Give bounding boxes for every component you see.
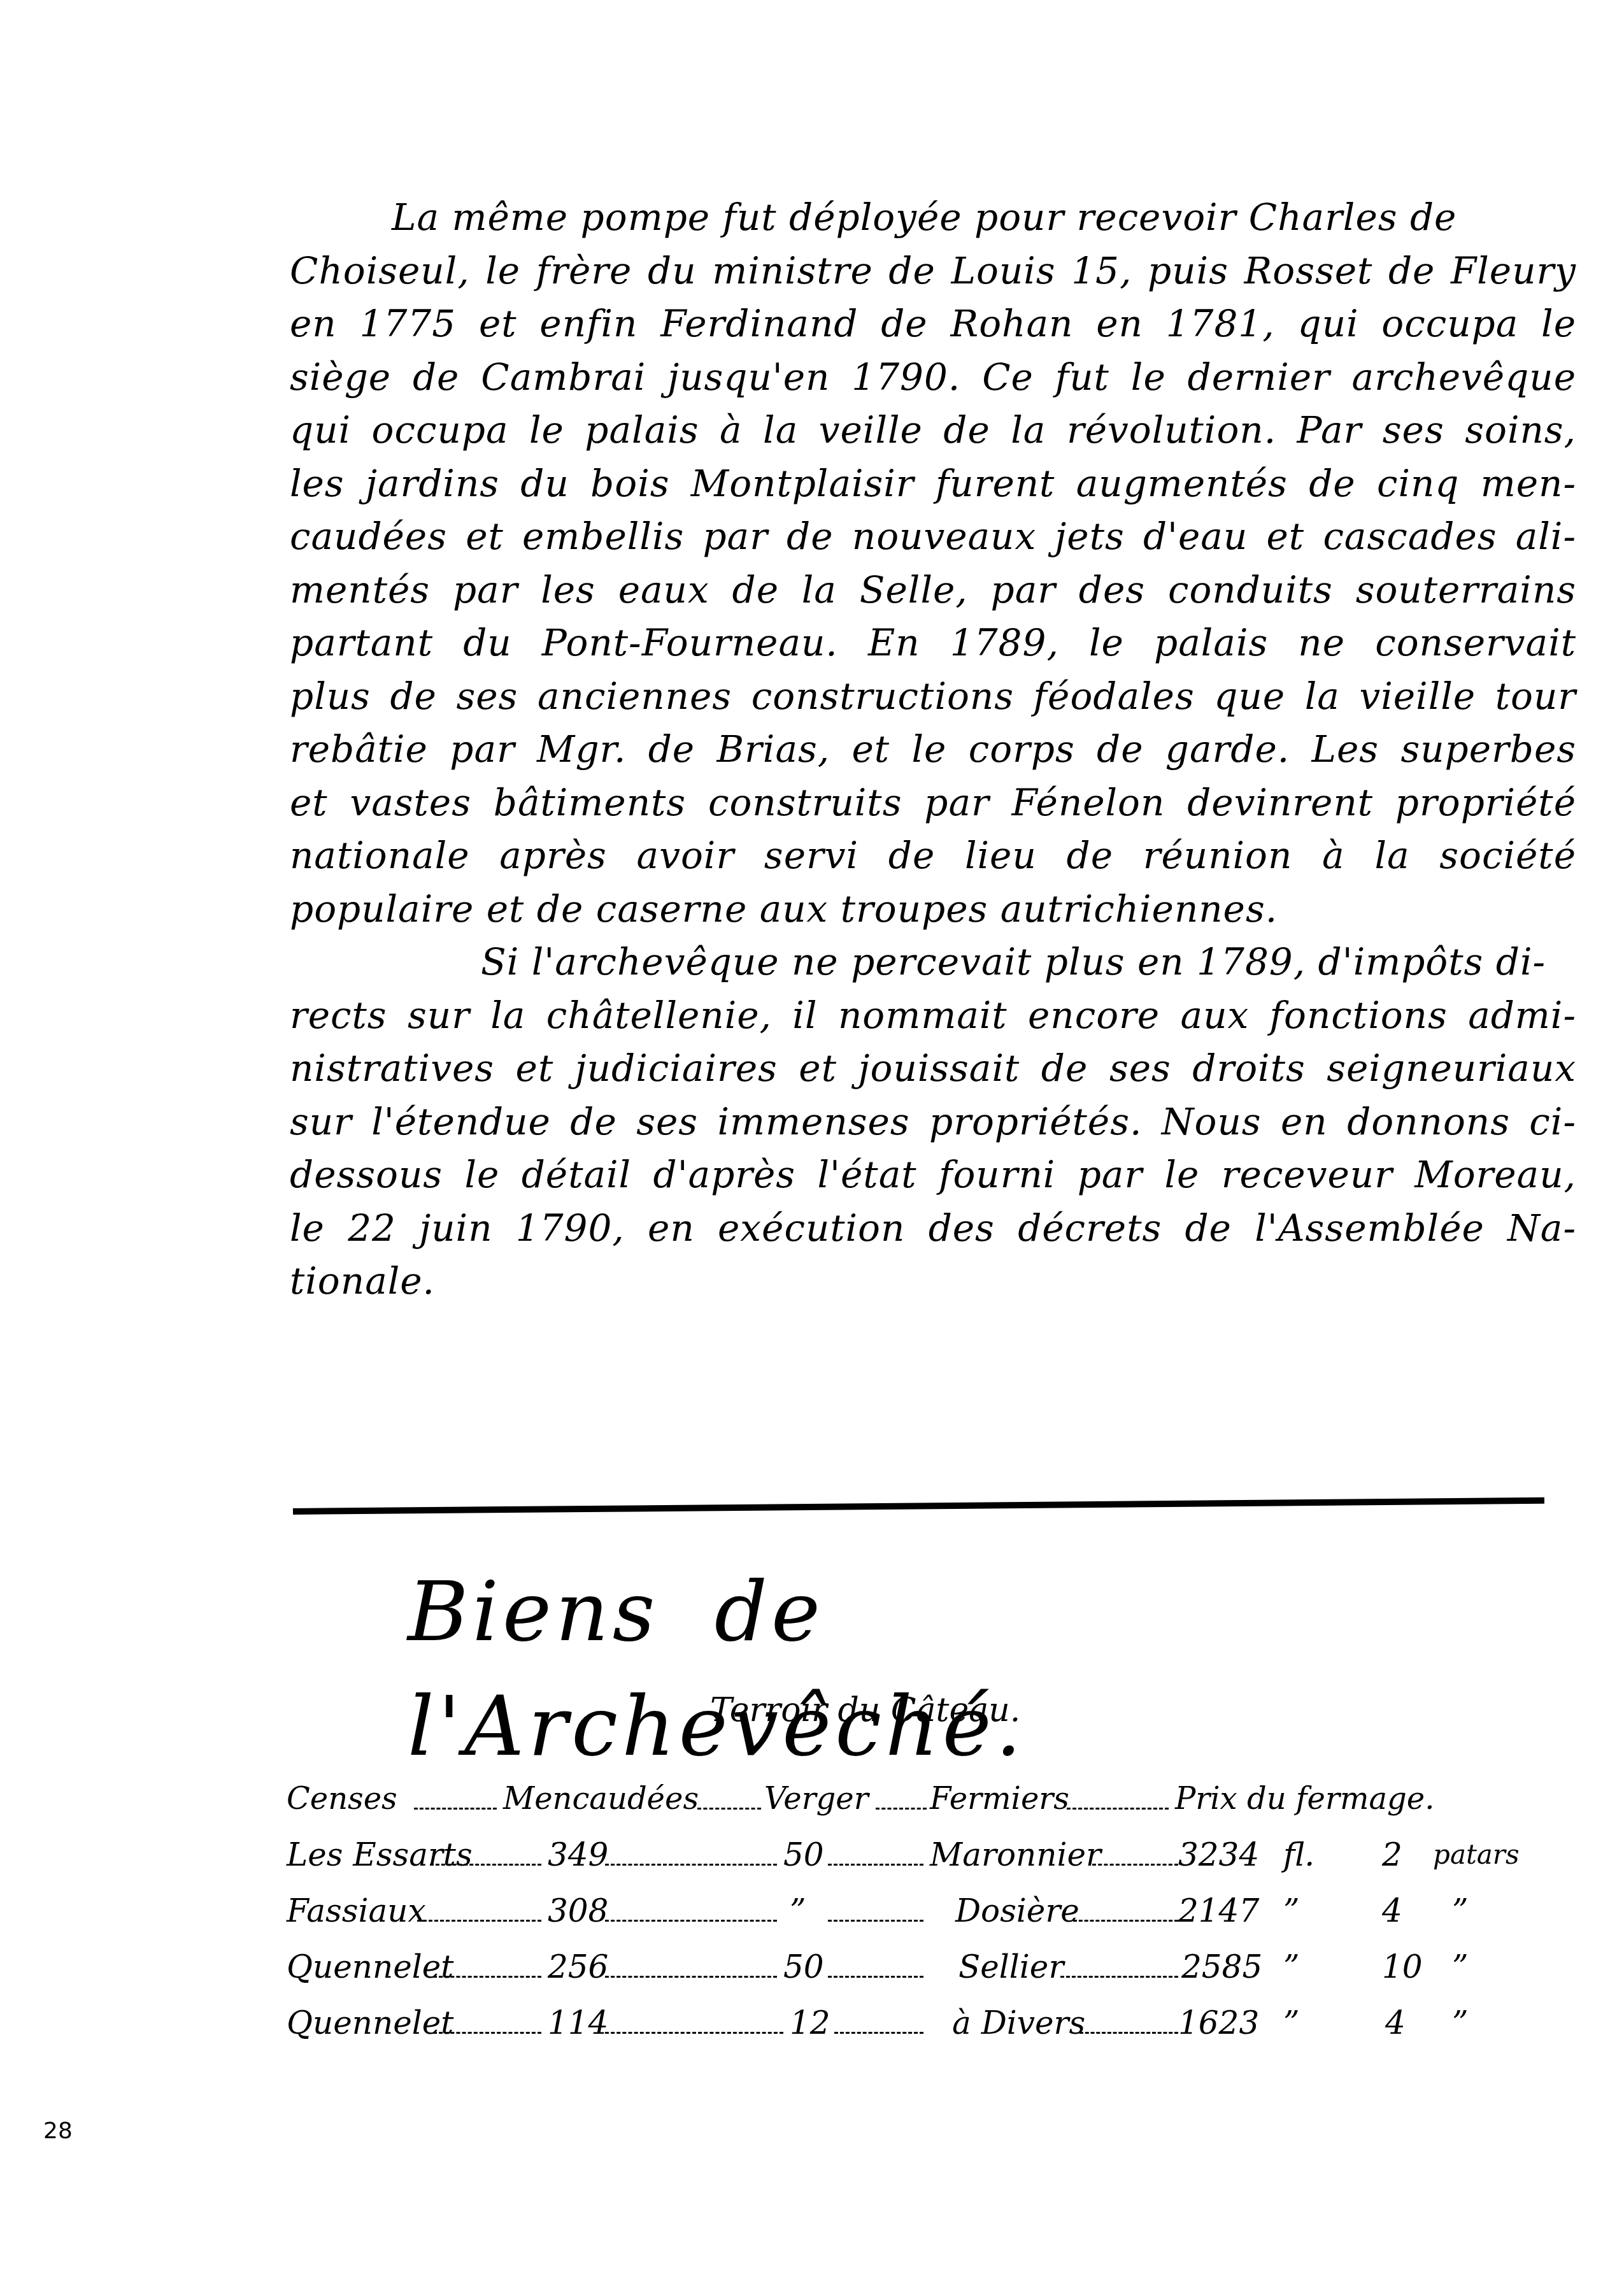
cell-fermier: à Divers: [952, 1995, 1085, 2051]
dotted-leader: [1060, 1939, 1178, 1978]
text-line: caudées et embellis par de nouveaux jets…: [290, 510, 1576, 564]
dotted-leader: [1067, 1771, 1169, 1810]
header-prix: Prix du fermage.: [1175, 1771, 1434, 1827]
table-row: Quennelet 256 50 Sellier 2585 ” 10 ”: [287, 1939, 1592, 1995]
text-line: qui occupa le palais à la veille de la r…: [290, 404, 1576, 457]
text-line: nistratives et judiciaires et jouissait …: [290, 1042, 1576, 1096]
text-line: et vastes bâtiments construits par Fénel…: [290, 776, 1576, 830]
text-line: dessous le détail d'après l'état fourni …: [290, 1148, 1576, 1202]
cell-patars: 4: [1382, 1883, 1402, 1939]
document-page: La même pompe fut déployée pour recevoir…: [0, 0, 1624, 2293]
text-line: le 22 juin 1790, en exécution des décret…: [290, 1202, 1576, 1255]
dotted-leader: [876, 1771, 927, 1810]
cell-unit: ”: [1283, 1939, 1300, 1995]
cell-prix: 2585: [1181, 1939, 1262, 1995]
text-line: populaire et de caserne aux troupes autr…: [290, 883, 1576, 936]
cell-patars: 4: [1385, 1995, 1406, 2051]
cell-prix: 1623: [1178, 1995, 1259, 2051]
cell-unit: ”: [1283, 1995, 1300, 2051]
text-line: plus de ses anciennes constructions féod…: [290, 670, 1576, 724]
dotted-leader: [834, 1995, 923, 2034]
table-row: Fassiaux 308 ” Dosière 2147 ” 4 ”: [287, 1883, 1592, 1939]
text-line: mentés par les eaux de la Selle, par des…: [290, 564, 1576, 617]
cell-fermier: Dosière: [955, 1883, 1079, 1939]
section-subtitle: Terroir du Câteau.: [710, 1691, 1020, 1729]
text-line: Si l'archevêque ne percevait plus en 178…: [290, 936, 1576, 989]
text-line: Choiseul, le frère du ministre de Louis …: [290, 245, 1576, 298]
cell-patars-label: ”: [1452, 1995, 1469, 2051]
section-title: Biens de l'Archevêché.: [408, 1554, 1363, 1783]
dotted-leader: [1079, 1995, 1178, 2034]
text-line: nationale après avoir servi de lieu de r…: [290, 829, 1576, 883]
text-line: les jardins du bois Montplaisir furent a…: [290, 457, 1576, 511]
cell-verger: 50: [783, 1939, 824, 1995]
cell-patars: 2: [1382, 1827, 1402, 1883]
cell-patars: 10: [1382, 1939, 1423, 1995]
dotted-leader: [1073, 1883, 1178, 1922]
cell-patars-label: patars: [1433, 1827, 1519, 1883]
text-line: rebâtie par Mgr. de Brias, et le corps d…: [290, 723, 1576, 776]
cell-verger: 12: [790, 1995, 830, 2051]
text-line: en 1775 et enfin Ferdinand de Rohan en 1…: [290, 297, 1576, 351]
horizontal-rule: [293, 1497, 1544, 1515]
table-row: Quennelet 114 12 à Divers 1623 ” 4 ”: [287, 1995, 1592, 2051]
dotted-leader: [433, 1995, 541, 2034]
cell-cense: Fassiaux: [287, 1883, 426, 1939]
cell-mencaudees: 308: [548, 1883, 608, 1939]
cell-prix: 3234: [1178, 1827, 1259, 1883]
dotted-leader: [828, 1939, 923, 1978]
cell-patars-label: ”: [1452, 1883, 1469, 1939]
table-header-row: Censes Mencaudées Verger Fermiers Prix d…: [287, 1771, 1592, 1827]
header-mencaudees: Mencaudées: [503, 1771, 699, 1827]
text-line: rects sur la châtellenie, il nommait enc…: [290, 989, 1576, 1043]
page-number: 28: [43, 2118, 73, 2144]
cell-cense: Quennelet: [287, 1939, 453, 1995]
cell-fermier: Maronnier: [930, 1827, 1101, 1883]
estate-table: Censes Mencaudées Verger Fermiers Prix d…: [287, 1771, 1592, 2051]
header-censes: Censes: [287, 1771, 397, 1827]
text-line: partant du Pont-Fourneau. En 1789, le pa…: [290, 617, 1576, 670]
dotted-leader: [433, 1939, 541, 1978]
dotted-leader: [605, 1827, 777, 1866]
body-text: La même pompe fut déployée pour recevoir…: [290, 191, 1576, 1308]
cell-fermier: Sellier: [958, 1939, 1064, 1995]
header-fermiers: Fermiers: [930, 1771, 1069, 1827]
dotted-leader: [1092, 1827, 1178, 1866]
cell-mencaudees: 256: [548, 1939, 608, 1995]
text-line: tionale.: [290, 1255, 1576, 1308]
dotted-leader: [417, 1883, 541, 1922]
cell-unit: fl.: [1283, 1827, 1314, 1883]
header-verger: Verger: [764, 1771, 869, 1827]
cell-mencaudees: 114: [548, 1995, 608, 2051]
text-line: siège de Cambrai jusqu'en 1790. Ce fut l…: [290, 351, 1576, 404]
dotted-leader: [605, 1883, 777, 1922]
dotted-leader: [605, 1939, 777, 1978]
dotted-leader: [605, 1995, 783, 2034]
table-row: Les Essarts 349 50 Maronnier 3234 fl. 2 …: [287, 1827, 1592, 1883]
cell-unit: ”: [1283, 1883, 1300, 1939]
text-line: sur l'étendue de ses immenses propriétés…: [290, 1096, 1576, 1149]
dotted-leader: [414, 1771, 497, 1810]
cell-cense: Quennelet: [287, 1995, 453, 2051]
text-line: La même pompe fut déployée pour recevoir…: [290, 191, 1576, 245]
cell-mencaudees: 349: [548, 1827, 608, 1883]
dotted-leader: [828, 1827, 923, 1866]
cell-verger: ”: [790, 1883, 806, 1939]
dotted-leader: [430, 1827, 541, 1866]
cell-prix: 2147: [1178, 1883, 1259, 1939]
dotted-leader: [828, 1883, 923, 1922]
dotted-leader: [697, 1771, 761, 1810]
cell-verger: 50: [783, 1827, 824, 1883]
cell-patars-label: ”: [1452, 1939, 1469, 1995]
